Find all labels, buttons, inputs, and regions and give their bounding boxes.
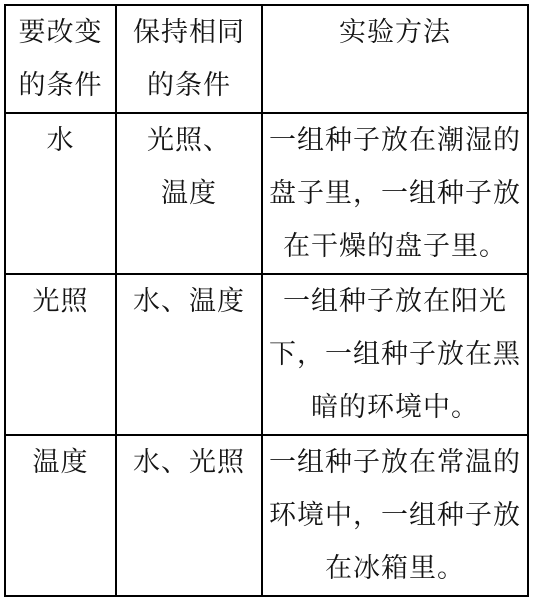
cell-line: 一组种子放在阳光	[263, 275, 527, 328]
header-kept-condition: 保持相同 的条件	[116, 5, 262, 113]
cell-line: 在冰箱里。	[263, 542, 527, 595]
cell-method-water-row: 一组种子放在潮湿的 盘子里，一组种子放 在干燥的盘子里。	[262, 113, 528, 274]
cell-line: 水、光照	[117, 436, 261, 489]
table-row-temperature: 温度 水、光照 一组种子放在常温的 环境中，一组种子放 在冰箱里。	[5, 435, 528, 596]
header-changed-line-2: 的条件	[6, 59, 115, 112]
table-row-water: 水 光照、 温度 一组种子放在潮湿的 盘子里，一组种子放 在干燥的盘子里。	[5, 113, 528, 274]
cell-kept-light-row: 水、温度	[116, 274, 262, 435]
cell-changed-temperature: 温度	[5, 435, 116, 596]
cell-line: 盘子里，一组种子放	[263, 167, 527, 220]
cell-line: 一组种子放在潮湿的	[263, 114, 527, 167]
cell-line: 下，一组种子放在黑	[263, 328, 527, 381]
page: { "table": { "header": { "changed": ["要改…	[0, 0, 534, 592]
experiment-conditions-table: 要改变 的条件 保持相同 的条件 实验方法 水 光照、 温度 一组种子放在潮湿的…	[4, 4, 529, 597]
cell-line: 水	[6, 114, 115, 167]
cell-kept-temperature-row: 水、光照	[116, 435, 262, 596]
cell-line: 暗的环境中。	[263, 381, 527, 434]
cell-line: 水、温度	[117, 275, 261, 328]
cell-line: 在干燥的盘子里。	[263, 220, 527, 273]
table-header-row: 要改变 的条件 保持相同 的条件 实验方法	[5, 5, 528, 113]
header-kept-line-1: 保持相同	[117, 6, 261, 59]
cell-method-temperature-row: 一组种子放在常温的 环境中，一组种子放 在冰箱里。	[262, 435, 528, 596]
header-changed-condition: 要改变 的条件	[5, 5, 116, 113]
cell-changed-water: 水	[5, 113, 116, 274]
cell-line: 环境中，一组种子放	[263, 489, 527, 542]
table-row-light: 光照 水、温度 一组种子放在阳光 下，一组种子放在黑 暗的环境中。	[5, 274, 528, 435]
cell-method-light-row: 一组种子放在阳光 下，一组种子放在黑 暗的环境中。	[262, 274, 528, 435]
cell-kept-water-row: 光照、 温度	[116, 113, 262, 274]
cell-line: 温度	[6, 436, 115, 489]
cell-line: 一组种子放在常温的	[263, 436, 527, 489]
header-kept-line-2: 的条件	[117, 59, 261, 112]
cell-changed-light: 光照	[5, 274, 116, 435]
cell-line: 温度	[117, 167, 261, 220]
header-experiment-method: 实验方法	[262, 5, 528, 113]
cell-line: 光照	[6, 275, 115, 328]
header-changed-line-1: 要改变	[6, 6, 115, 59]
cell-line: 光照、	[117, 114, 261, 167]
header-method-line-1: 实验方法	[263, 6, 527, 59]
